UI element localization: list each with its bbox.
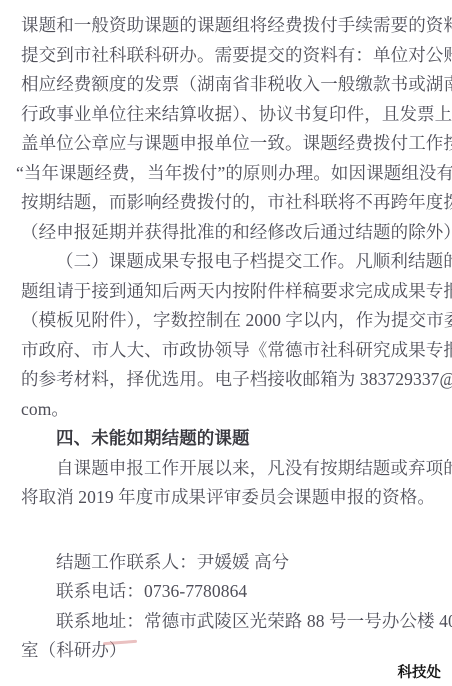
- text-line: 课题和一般资助课题的课题组将经费拨付手续需要的资料: [21, 11, 446, 41]
- text-line: （经申报延期并获得批准的和经修改后通过结题的除外）。: [21, 218, 446, 248]
- text-line: 市政府、市人大、市政协领导《常德市社科研究成果专报》: [21, 336, 446, 366]
- contact-block: 结题工作联系人：尹媛媛 高兮 联系电话：0736-7780864 联系地址：常德…: [21, 548, 446, 666]
- text-line: 提交到市社科联科研办。需要提交的资料有：单位对公账号、: [21, 41, 446, 71]
- document-page: 课题和一般资助课题的课题组将经费拨付手续需要的资料 提交到市社科联科研办。需要提…: [0, 0, 452, 686]
- department-signature: 科技处: [21, 666, 446, 681]
- text-line: 将取消 2019 年度市成果评审委员会课题申报的资格。: [21, 483, 446, 513]
- text-line: 相应经费额度的发票（湖南省非税收入一般缴款书或湖南省: [21, 70, 446, 100]
- paragraph-start-line: （二）课题成果专报电子档提交工作。凡顺利结题的课: [21, 247, 446, 277]
- contact-person-line: 结题工作联系人：尹媛媛 高兮: [21, 548, 446, 578]
- section-heading: 四、未能如期结题的课题: [21, 424, 446, 454]
- paragraph-start-line: 自课题申报工作开展以来，凡没有按期结题或弃项的，: [21, 454, 446, 484]
- text-line: “当年课题经费，当年拨付”的原则办理。如因课题组没有: [16, 159, 446, 189]
- text-line: 行政事业单位往来结算收据）、协议书复印件，且发票上所: [21, 100, 446, 130]
- text-line: com。: [21, 395, 446, 425]
- contact-address-continuation-line: 室（科研办）: [21, 636, 446, 666]
- document-body: 课题和一般资助课题的课题组将经费拨付手续需要的资料 提交到市社科联科研办。需要提…: [0, 0, 452, 681]
- contact-phone-line: 联系电话：0736-7780864: [21, 577, 446, 607]
- text-line: 按期结题，而影响经费拨付的，市社科联将不再跨年度拨付: [21, 188, 446, 218]
- text-line: 的参考材料，择优选用。电子档接收邮箱为 383729337@qq.: [21, 365, 446, 395]
- text-line: （模板见附件），字数控制在 2000 字以内，作为提交市委、: [21, 306, 446, 336]
- contact-address-line: 联系地址：常德市武陵区光荣路 88 号一号办公楼 404: [21, 607, 446, 637]
- text-line: 题组请于接到通知后两天内按附件样稿要求完成成果专报: [21, 277, 446, 307]
- text-line: 盖单位公章应与课题申报单位一致。课题经费拨付工作按: [21, 129, 446, 159]
